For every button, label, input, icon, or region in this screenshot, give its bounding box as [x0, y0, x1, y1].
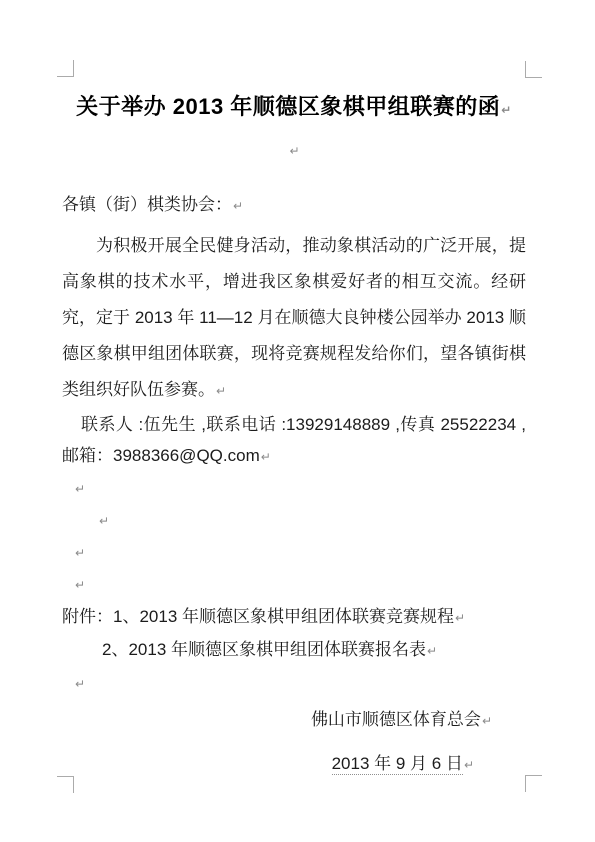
signature-organization: 佛山市顺德区体育总会: [311, 710, 481, 729]
paragraph-mark: ↵: [501, 103, 512, 117]
empty-paragraph: ↵: [62, 537, 526, 569]
paragraph-mark: ↵: [427, 644, 437, 658]
paragraph-mark: ↵: [99, 514, 109, 528]
paragraph-mark: ↵: [261, 450, 271, 464]
document-title: 关于举办 2013 年顺德区象棋甲组联赛的函↵: [62, 90, 526, 127]
paragraph-mark: ↵: [233, 199, 243, 213]
paragraph-mark: ↵: [464, 758, 474, 772]
text-boundary-mark-top-right: [525, 61, 542, 78]
empty-paragraph-centered: ↵: [62, 127, 526, 175]
paragraph-mark: ↵: [75, 546, 85, 560]
text-boundary-mark-bottom-right: [525, 775, 542, 792]
attachment-line-1: 附件：1、2013 年顺德区象棋甲组团体联赛竞赛规程↵: [62, 601, 526, 634]
document-title-text: 关于举办 2013 年顺德区象棋甲组联赛的函: [76, 94, 500, 119]
paragraph-mark: ↵: [216, 384, 226, 398]
salutation-text: 各镇（街）棋类协会：: [62, 195, 232, 214]
document-page: 关于举办 2013 年顺德区象棋甲组联赛的函↵ ↵ 各镇（街）棋类协会：↵ 为积…: [0, 0, 595, 842]
signature-organization-line: 佛山市顺德区体育总会↵: [62, 701, 526, 740]
paragraph-mark: ↵: [75, 482, 85, 496]
empty-paragraph: ↵: [62, 473, 526, 505]
contact-paragraph: 联系人 :伍先生 ,联系电话 :13929148889 ,传真 25522234…: [62, 409, 526, 473]
signature-date: 2013 年 9 月 6 日: [332, 754, 463, 775]
empty-paragraph: ↵: [62, 667, 526, 701]
attachment-item: 2、2013 年顺德区象棋甲组团体联赛报名表: [102, 640, 426, 659]
paragraph-mark: ↵: [75, 677, 85, 691]
signature-date-line: 2013 年 9 月 6 日↵: [62, 745, 526, 784]
attachment-line-2: 2、2013 年顺德区象棋甲组团体联赛报名表↵: [62, 634, 526, 667]
salutation-line: 各镇（街）棋类协会：↵: [62, 187, 526, 224]
attachments-label: 附件：: [62, 607, 113, 626]
empty-paragraph: ↵: [62, 569, 526, 601]
body-paragraph: 为积极开展全民健身活动，推动象棋活动的广泛开展，提高象棋的技术水平，增进我区象棋…: [62, 228, 526, 409]
document-content: 关于举办 2013 年顺德区象棋甲组联赛的函↵ ↵ 各镇（街）棋类协会：↵ 为积…: [62, 0, 526, 784]
paragraph-mark: ↵: [482, 714, 492, 728]
paragraph-mark: ↵: [289, 144, 299, 158]
paragraph-mark: ↵: [455, 611, 465, 625]
contact-paragraph-text: 联系人 :伍先生 ,联系电话 :13929148889 ,传真 25522234…: [62, 415, 526, 465]
body-paragraph-text: 为积极开展全民健身活动，推动象棋活动的广泛开展，提高象棋的技术水平，增进我区象棋…: [62, 236, 526, 399]
paragraph-mark: ↵: [75, 578, 85, 592]
empty-paragraph-indented: ↵: [62, 505, 526, 537]
attachment-item: 1、2013 年顺德区象棋甲组团体联赛竞赛规程: [113, 607, 454, 626]
